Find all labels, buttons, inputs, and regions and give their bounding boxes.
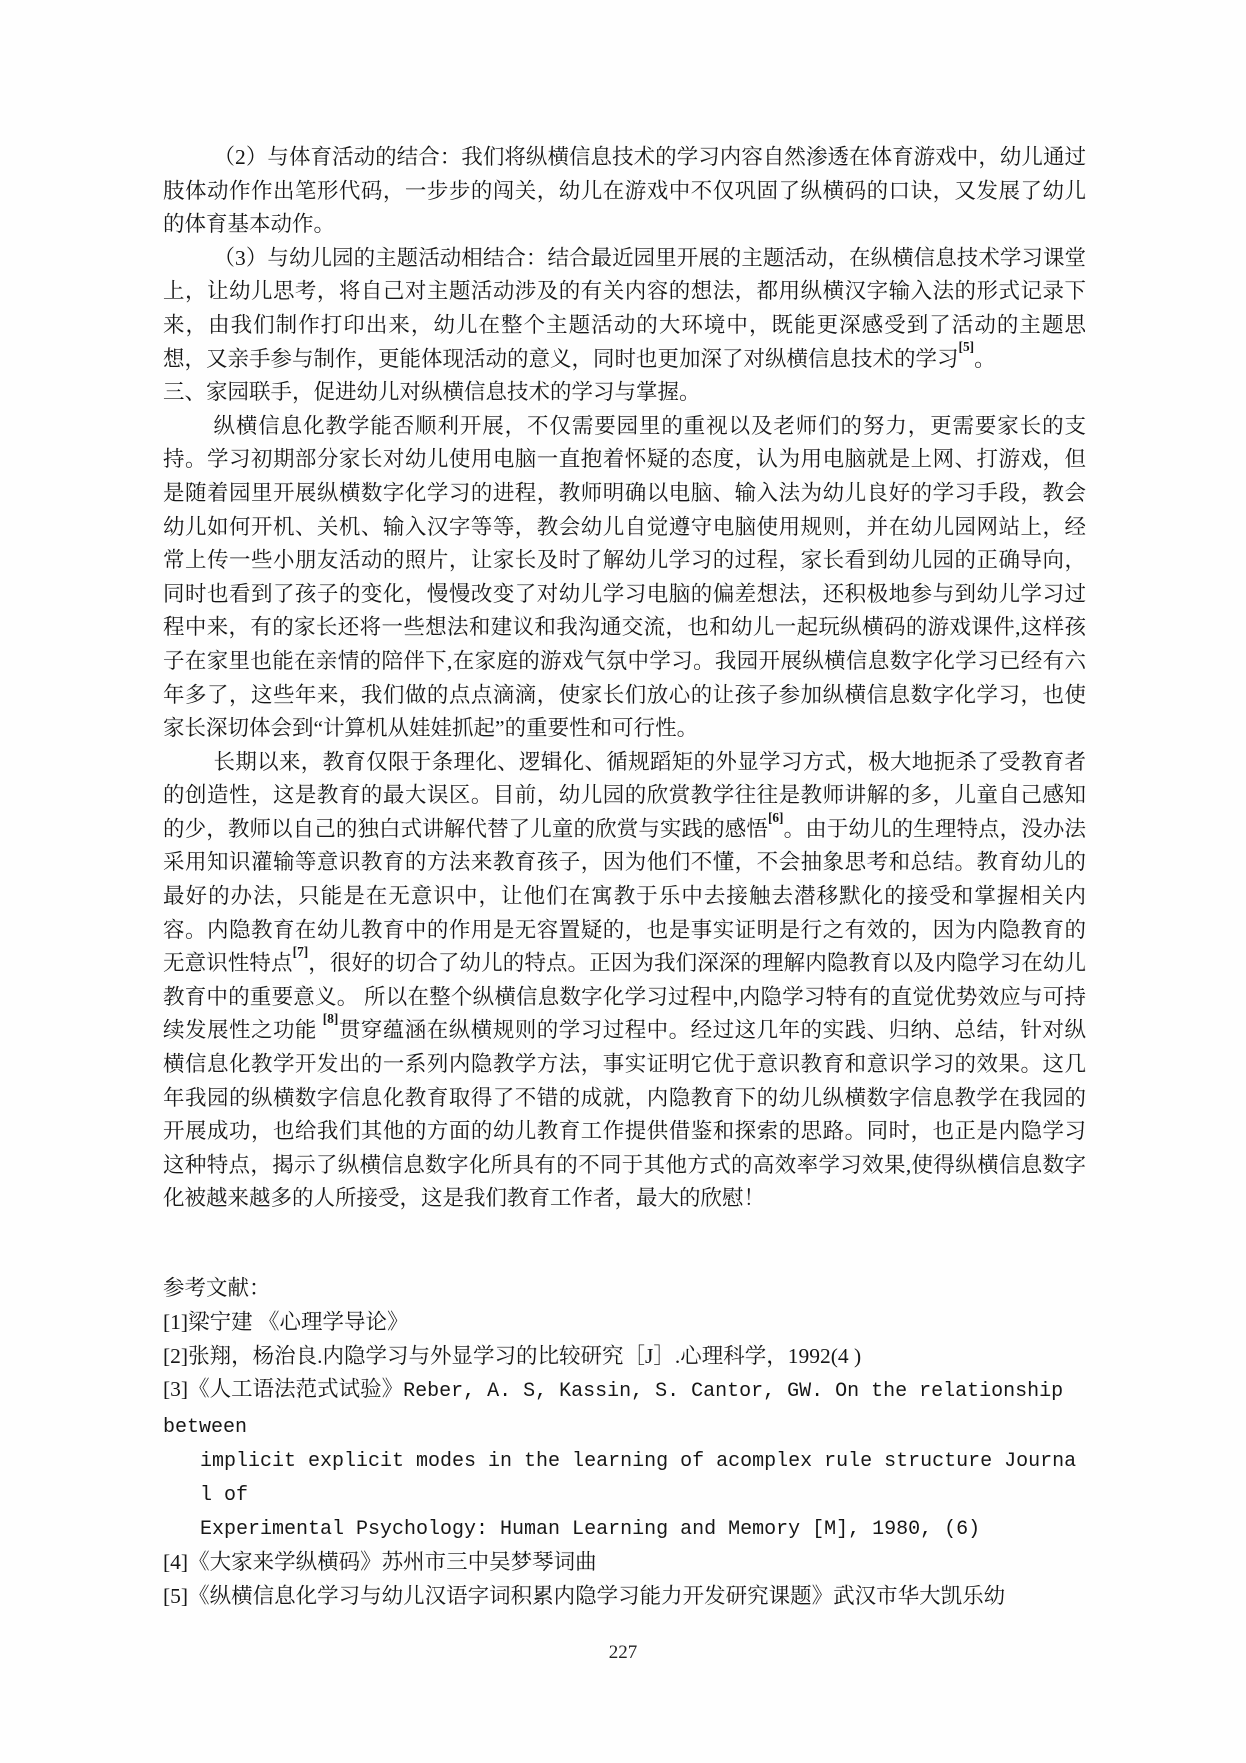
reference-item-4: [4]《大家来学纵横码》苏州市三中吴梦琴词曲 <box>163 1546 1086 1580</box>
reference-item-5: [5]《纵横信息化学习与幼儿汉语字词积累内隐学习能力开发研究课题》武汉市华大凯乐… <box>163 1580 1086 1614</box>
paragraph-theme-text: （3）与幼儿园的主题活动相结合：结合最近园里开展的主题活动，在纵横信息技术学习课… <box>163 246 1086 371</box>
reference-3-chinese-title: [3]《人工语法范式试验》 <box>163 1377 403 1401</box>
section-heading-three: 三、家园联手，促进幼儿对纵横信息技术的学习与掌握。 <box>163 376 1086 410</box>
paragraph-implicit-learning: 长期以来，教育仅限于条理化、逻辑化、循规蹈矩的外显学习方式，极大地扼杀了受教育者… <box>163 746 1086 1216</box>
reference-item-1: [1]梁宁建 《心理学导论》 <box>163 1306 1086 1340</box>
document-page: （2）与体育活动的结合：我们将纵横信息技术的学习内容自然渗透在体育游戏中，幼儿通… <box>0 0 1246 1763</box>
citation-ref-6: [6] <box>768 810 784 825</box>
citation-ref-7: [7] <box>293 944 309 959</box>
paragraph-theme-period: 。 <box>974 347 996 371</box>
reference-item-3: [3]《人工语法范式试验》Reber, A. S, Kassin, S. Can… <box>163 1373 1086 1445</box>
citation-ref-5: [5] <box>959 339 975 354</box>
paragraph-implicit-text-4: 贯穿蕴涵在纵横规则的学习过程中。经过这几年的实践、归纳、总结，针对纵横信息化教学… <box>163 1018 1086 1210</box>
reference-item-3-continuation-1: implicit explicit modes in the learning … <box>163 1445 1086 1513</box>
paragraph-family-cooperation: 纵横信息化教学能否顺利开展，不仅需要园里的重视以及老师们的努力，更需要家长的支持… <box>163 410 1086 746</box>
page-number: 227 <box>0 1642 1246 1664</box>
references-title: 参考文献： <box>163 1272 1086 1306</box>
reference-item-2: [2]张翔，杨治良.内隐学习与外显学习的比较研究［J］.心理科学，1992(4 … <box>163 1340 1086 1374</box>
citation-ref-8: [8] <box>323 1011 339 1026</box>
references-section: 参考文献： [1]梁宁建 《心理学导论》 [2]张翔，杨治良.内隐学习与外显学习… <box>163 1272 1086 1614</box>
paragraph-theme-activities: （3）与幼儿园的主题活动相结合：结合最近园里开展的主题活动，在纵横信息技术学习课… <box>163 242 1086 376</box>
paragraph-sports-activities: （2）与体育活动的结合：我们将纵横信息技术的学习内容自然渗透在体育游戏中，幼儿通… <box>163 141 1086 242</box>
reference-item-3-continuation-2: Experimental Psychology: Human Learning … <box>163 1513 1086 1547</box>
